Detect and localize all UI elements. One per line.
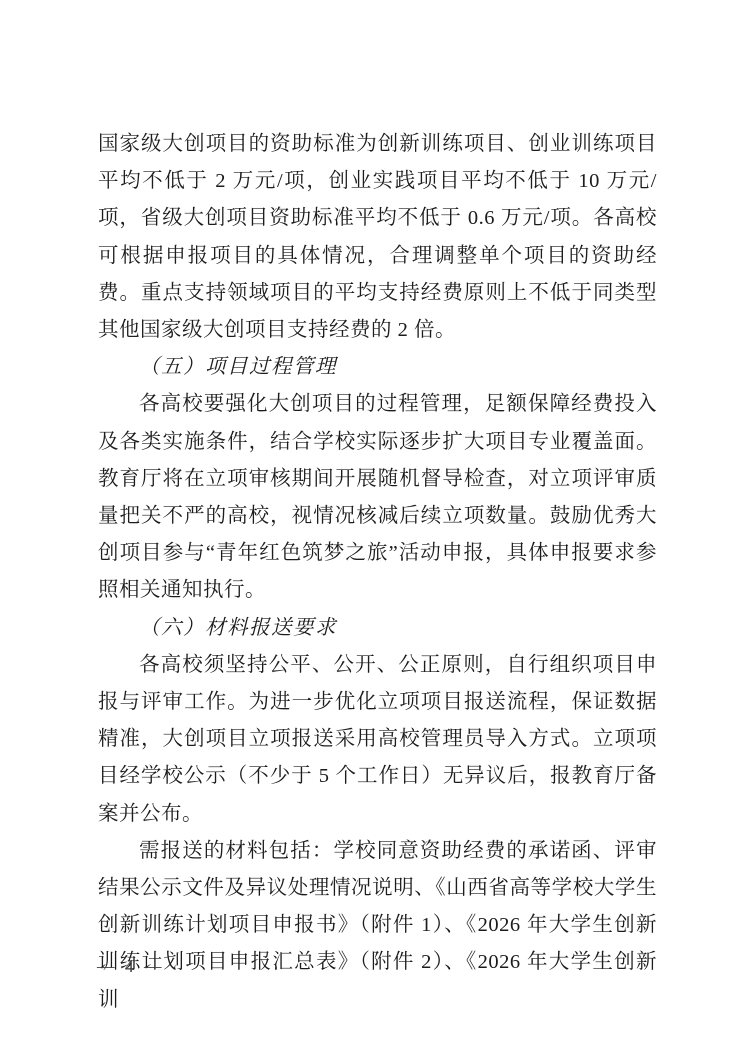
document-body: 国家级大创项目的资助标准为创新训练项目、创业训练项目平均不低于 2 万元/项，创… bbox=[98, 126, 657, 1019]
paragraph-materials-list: 需报送的材料包括：学校同意资助经费的承诺函、评审结果公示文件及异议处理情况说明、… bbox=[98, 833, 657, 1019]
paragraph-submission-requirements: 各高校须坚持公平、公开、公正原则，自行组织项目申报与评审工作。为进一步优化立项项… bbox=[98, 647, 657, 833]
page-number: — 4 — bbox=[97, 956, 165, 977]
paragraph-funding-standards: 国家级大创项目的资助标准为创新训练项目、创业训练项目平均不低于 2 万元/项，创… bbox=[98, 126, 657, 349]
document-page: 国家级大创项目的资助标准为创新训练项目、创业训练项目平均不低于 2 万元/项，创… bbox=[0, 0, 751, 1062]
section-heading-5-process-management: （五）项目过程管理 bbox=[98, 349, 657, 386]
paragraph-process-management: 各高校要强化大创项目的过程管理，足额保障经费投入及各类实施条件，结合学校实际逐步… bbox=[98, 386, 657, 609]
section-heading-6-material-submission: （六）材料报送要求 bbox=[98, 610, 657, 647]
